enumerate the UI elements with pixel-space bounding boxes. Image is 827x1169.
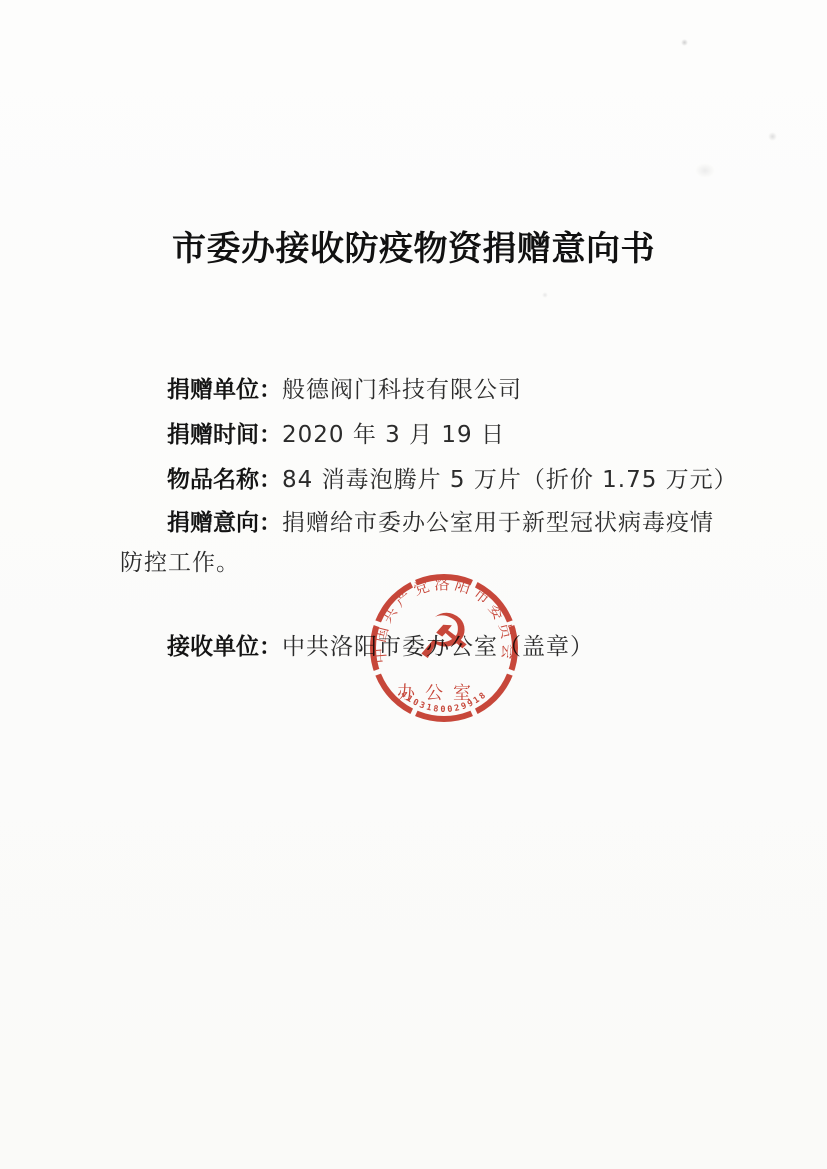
hammer-and-sickle-icon: ☭	[416, 600, 472, 673]
field-donor-unit-value: 般德阀门科技有限公司	[282, 377, 522, 403]
scan-artifact	[681, 39, 688, 46]
field-item-name-value: 84 消毒泡腾片 5 万片（折价 1.75 万元）	[282, 467, 738, 493]
field-item-name-label: 物品名称：	[167, 467, 282, 493]
field-donation-date-label: 捐赠时间：	[167, 422, 282, 448]
field-donor-unit: 捐赠单位：般德阀门科技有限公司	[120, 368, 720, 413]
official-seal-graphic: 中国共产党洛阳市委员会 ☭ 办公室 4103180029918	[366, 570, 522, 726]
scanned-document-page: 市委办接收防疫物资捐赠意向书 捐赠单位：般德阀门科技有限公司 捐赠时间：2020…	[0, 0, 827, 1169]
field-donation-date-value: 2020 年 3 月 19 日	[282, 422, 505, 448]
field-donation-date: 捐赠时间：2020 年 3 月 19 日	[120, 413, 720, 458]
document-title: 市委办接收防疫物资捐赠意向书	[0, 221, 827, 270]
field-receiver-unit-label: 接收单位：	[167, 634, 282, 660]
scan-artifact	[695, 163, 715, 178]
field-donor-unit-label: 捐赠单位：	[167, 377, 282, 403]
official-seal: 中国共产党洛阳市委员会 ☭ 办公室 4103180029918	[366, 570, 522, 726]
scan-artifact	[768, 132, 777, 141]
field-item-name: 物品名称：84 消毒泡腾片 5 万片（折价 1.75 万元）	[120, 458, 720, 503]
scan-artifact	[542, 292, 548, 298]
field-donation-intent-label: 捐赠意向：	[167, 510, 282, 536]
